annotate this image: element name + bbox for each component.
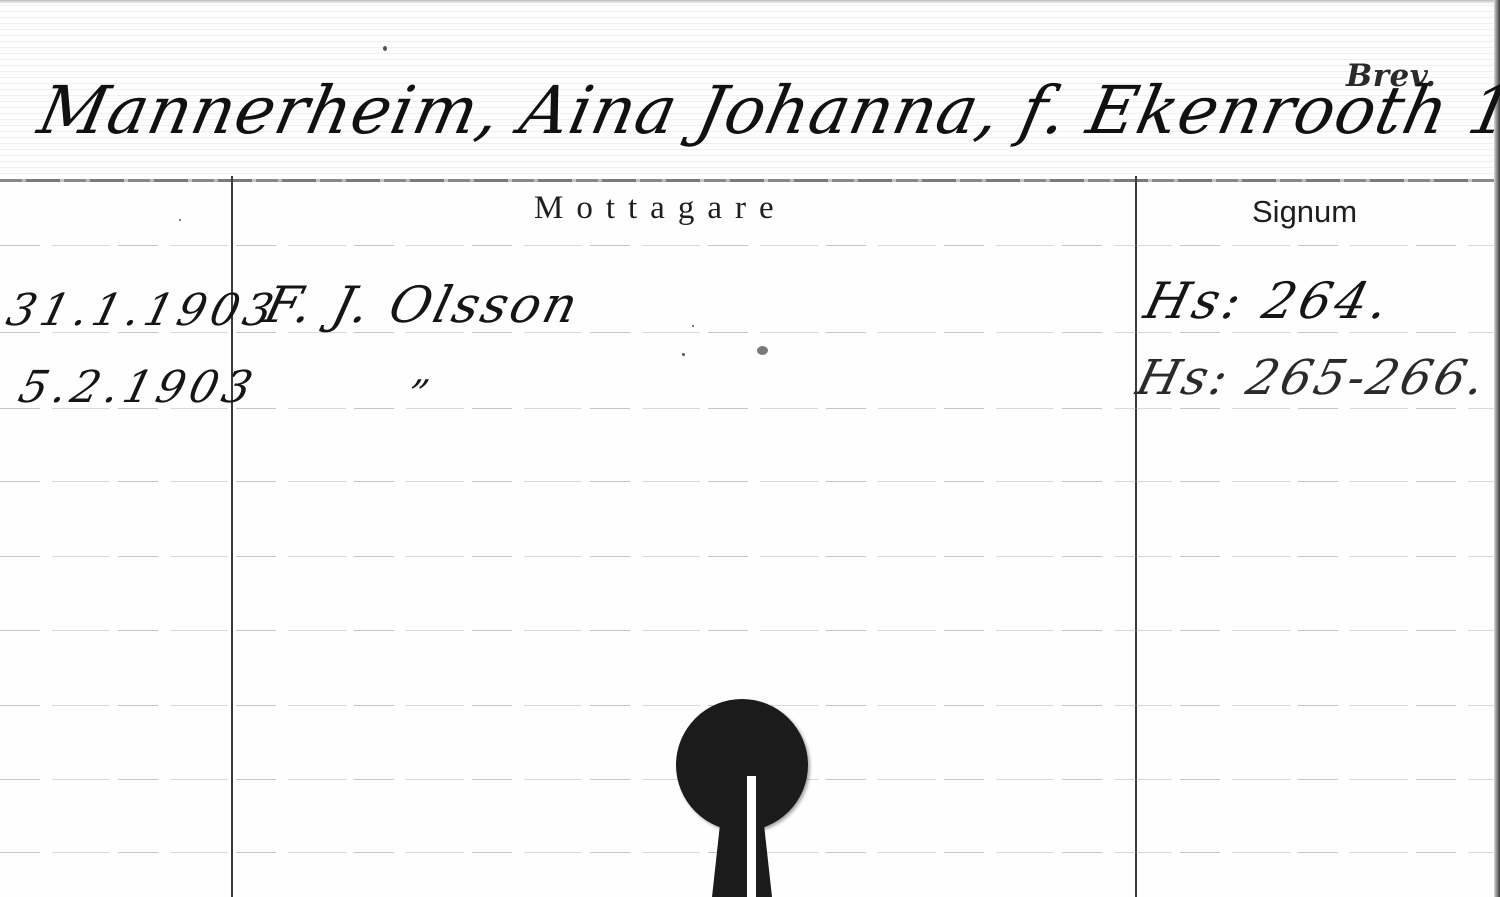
ink-speck bbox=[383, 46, 387, 51]
keyhole-slit bbox=[747, 776, 756, 897]
ink-speck bbox=[179, 219, 181, 221]
filing-rod-hole-icon bbox=[676, 699, 810, 897]
entry-date: 31.1.1903 bbox=[2, 285, 284, 336]
entry-signum: Hs: 265-266. bbox=[1131, 350, 1494, 406]
ruled-line bbox=[0, 556, 1494, 557]
signum-column-divider bbox=[1135, 176, 1137, 897]
card-title-handwritten: Mannerheim, Aina Johanna, f. Ekenrooth 1… bbox=[32, 72, 1500, 149]
entry-recipient: F. J. Olsson bbox=[259, 276, 587, 334]
column-header-recipient: Mottagare bbox=[534, 190, 787, 227]
entry-recipient-ditto: ” bbox=[403, 372, 433, 416]
entry-signum: Hs: 264. bbox=[1139, 272, 1399, 330]
ink-speck bbox=[682, 353, 685, 356]
index-card: Brev. Mannerheim, Aina Johanna, f. Ekenr… bbox=[0, 0, 1500, 897]
header-rule bbox=[0, 179, 1494, 182]
ruled-line bbox=[0, 481, 1494, 482]
ruled-line bbox=[0, 245, 1494, 246]
ruled-line bbox=[0, 630, 1494, 631]
ink-speck bbox=[692, 325, 694, 327]
ink-smudge bbox=[757, 346, 768, 355]
card-top-edge bbox=[0, 0, 1500, 4]
entry-date: 5.2.1903 bbox=[14, 362, 263, 413]
column-header-signum: Signum bbox=[1252, 194, 1357, 230]
